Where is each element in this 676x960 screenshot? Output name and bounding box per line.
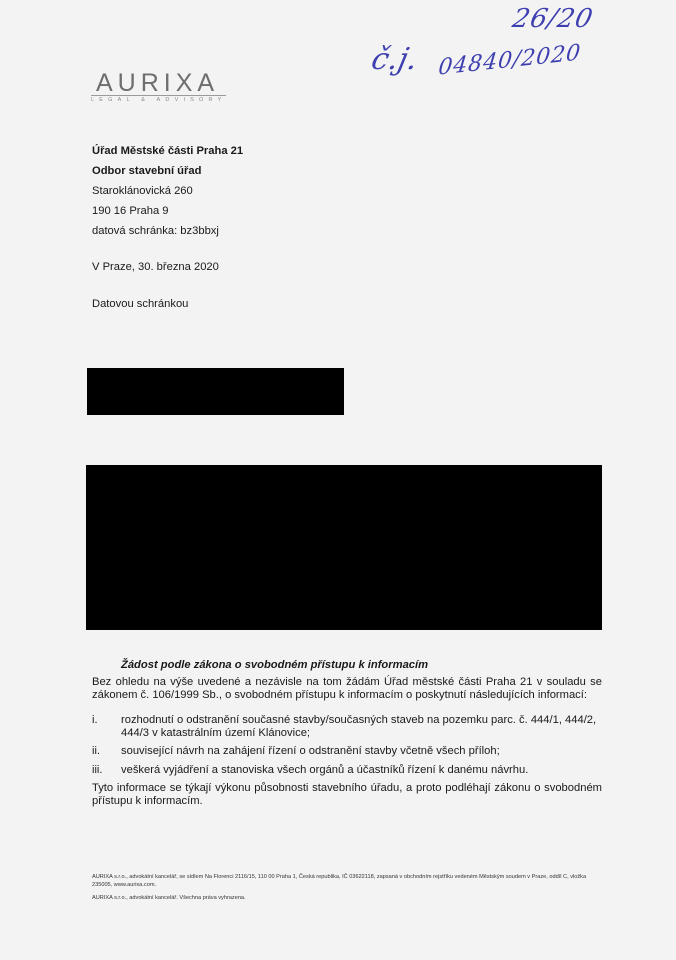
- redacted-block-1: [87, 368, 344, 415]
- request-item: související návrh na zahájení řízení o o…: [121, 745, 601, 758]
- intro-paragraph: Bez ohledu na výše uvedené a nezávisle n…: [92, 676, 602, 701]
- redacted-block-2: [86, 465, 602, 630]
- company-logo: AURIXA: [96, 70, 219, 96]
- request-item: rozhodnutí o odstranění současné stavby/…: [121, 714, 601, 740]
- request-number: iii.: [92, 764, 102, 776]
- recipient-databox: datová schránka: bz3bbxj: [92, 224, 219, 238]
- subject-heading: Žádost podle zákona o svobodném přístupu…: [121, 659, 428, 671]
- recipient-department: Odbor stavební úřad: [92, 164, 201, 178]
- delivery-method: Datovou schránkou: [92, 297, 188, 311]
- recipient-city: 190 16 Praha 9: [92, 204, 169, 218]
- recipient-name: Úřad Městské části Praha 21: [92, 144, 243, 158]
- handwritten-reference-number: 04840/2020: [437, 40, 582, 80]
- date-line: V Praze, 30. března 2020: [92, 260, 219, 274]
- request-number: i.: [92, 714, 98, 726]
- footer-company-info: AURIXA s.r.o., advokátní kancelář, se sí…: [92, 874, 602, 889]
- closing-paragraph: Tyto informace se týkají výkonu působnos…: [92, 782, 602, 807]
- handwritten-ej-label: č.j.: [368, 42, 421, 77]
- request-item: veškerá vyjádření a stanoviska všech org…: [121, 764, 601, 777]
- request-number: ii.: [92, 745, 100, 757]
- company-tagline: LEGAL & ADVISORY: [91, 95, 226, 104]
- recipient-street: Staroklánovická 260: [92, 184, 193, 198]
- footer-copyright: AURIXA s.r.o., advokátní kancelář. Všech…: [92, 895, 602, 903]
- handwritten-annotation-top: 26/20: [510, 4, 596, 34]
